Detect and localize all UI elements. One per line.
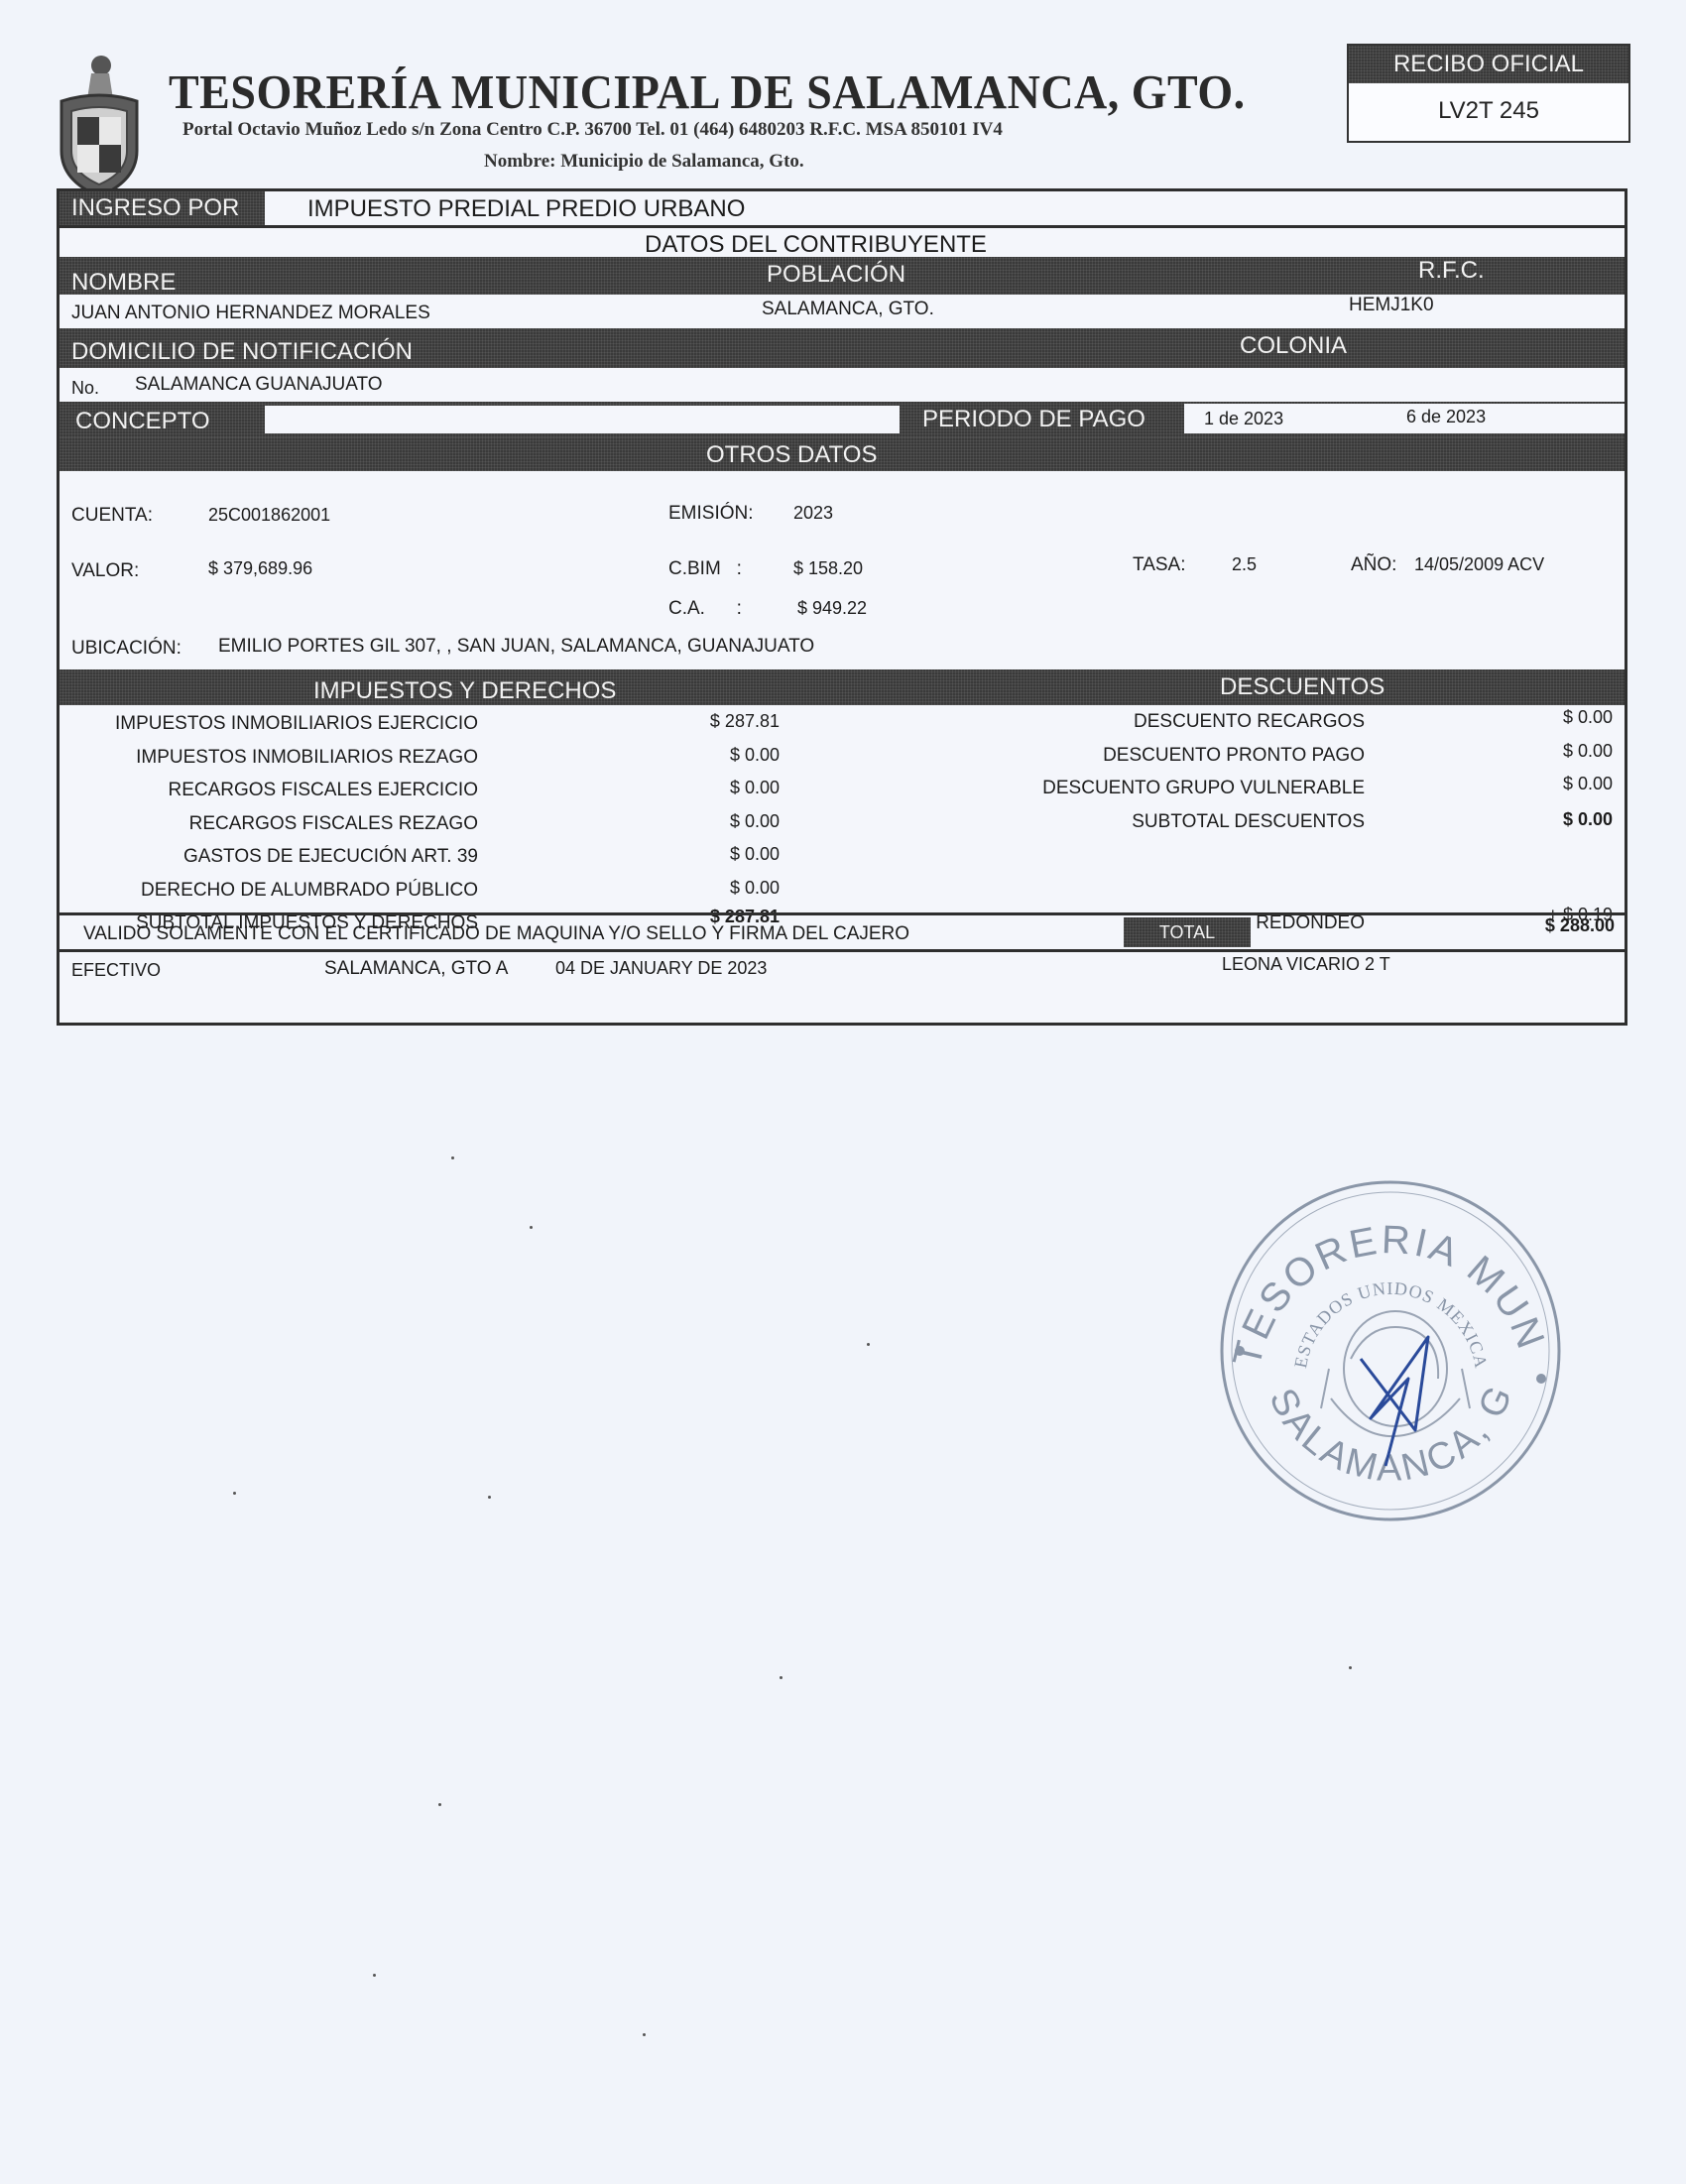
impuesto-label: DERECHO DE ALUMBRADO PÚBLICO: [141, 880, 478, 902]
impuesto-amount: $ 0.00: [730, 844, 780, 865]
stamp-dot-right: [1536, 1374, 1546, 1384]
descuentos-subtotal-label: SUBTOTAL DESCUENTOS: [1132, 811, 1365, 833]
descuento-amount: $ 0.00: [1563, 707, 1613, 728]
ca-value: $ 949.22: [797, 598, 867, 619]
issuer-address: Portal Octavio Muñoz Ledo s/n Zona Centr…: [182, 119, 1003, 141]
impuesto-amount: $ 0.00: [730, 811, 780, 832]
poblacion-label: POBLACIÓN: [767, 261, 905, 289]
concepto-value: [265, 406, 900, 433]
domicilio-values: No. SALAMANCA GUANAJUATO: [60, 368, 1625, 402]
contribuyente-nombre: JUAN ANTONIO HERNANDEZ MORALES: [71, 303, 430, 324]
domicilio-header: DOMICILIO DE NOTIFICACIÓN COLONIA: [60, 328, 1625, 368]
cuenta-label: CUENTA:: [71, 505, 153, 527]
descuento-label: DESCUENTO GRUPO VULNERABLE: [1042, 778, 1365, 799]
impuesto-amount: $ 287.81: [710, 711, 780, 732]
official-stamp: TESORERIA MUNICIPAL SALAMANCA, GTO. ESTA…: [1212, 1170, 1569, 1527]
forma-pago: EFECTIVO: [71, 960, 161, 981]
ca-label-text: C.A.: [668, 598, 705, 619]
tasa-label: TASA:: [1133, 554, 1186, 576]
validez-row: VALIDO SOLAMENTE CON EL CERTIFICADO DE M…: [60, 915, 1625, 949]
issuer-name: Nombre: Municipio de Salamanca, Gto.: [484, 151, 804, 173]
receipt-number-box: RECIBO OFICIAL LV2T 245: [1347, 44, 1630, 143]
tasa-value: 2.5: [1232, 554, 1257, 575]
contribuyente-header: NOMBRE POBLACIÓN R.F.C.: [60, 257, 1625, 295]
contribuyente-title: DATOS DEL CONTRIBUYENTE: [645, 231, 987, 259]
domicilio-value: SALAMANCA GUANAJUATO: [135, 374, 383, 396]
impuestos-list: IMPUESTOS INMOBILIARIOS EJERCICIO$ 287.8…: [60, 705, 1625, 911]
descuento-amount: $ 0.00: [1563, 741, 1613, 762]
otros-datos-title: OTROS DATOS: [706, 441, 877, 469]
descuento-amount: $ 0.00: [1563, 774, 1613, 794]
valor-label: VALOR:: [71, 560, 139, 582]
descuento-label: DESCUENTO PRONTO PAGO: [1103, 745, 1365, 767]
impuesto-label: RECARGOS FISCALES REZAGO: [189, 813, 478, 835]
ubicacion-label: UBICACIÓN:: [71, 638, 181, 660]
periodo-fin: 6 de 2023: [1406, 407, 1486, 427]
cuenta-value: 25C001862001: [208, 505, 330, 526]
pago-row: EFECTIVO SALAMANCA, GTO A 04 DE JANUARY …: [60, 952, 1625, 986]
descuentos-title: DESCUENTOS: [1220, 673, 1385, 701]
impuesto-amount: $ 0.00: [730, 778, 780, 798]
descuentos-subtotal: $ 0.00: [1563, 809, 1613, 830]
total-value: $ 288.00: [1545, 915, 1615, 936]
impuesto-label: GASTOS DE EJECUCIÓN ART. 39: [183, 846, 478, 868]
ca-label: C.A. :: [668, 598, 742, 620]
receipt-form: INGRESO POR IMPUESTO PREDIAL PREDIO URBA…: [57, 188, 1627, 1026]
otros-datos-body: CUENTA: 25C001862001 EMISIÓN: 2023 VALOR…: [60, 471, 1625, 660]
cbim-label: C.BIM :: [668, 558, 742, 580]
anio-value: 14/05/2009 ACV: [1414, 554, 1544, 575]
impuestos-title: IMPUESTOS Y DERECHOS: [313, 677, 616, 705]
otros-datos-header: OTROS DATOS: [60, 437, 1625, 471]
periodo-inicio: 1 de 2023: [1204, 409, 1283, 429]
concepto-row: CONCEPTO PERIODO DE PAGO 1 de 2023 6 de …: [60, 402, 1625, 437]
ingreso-value: IMPUESTO PREDIAL PREDIO URBANO: [307, 195, 745, 223]
colonia-label: COLONIA: [1240, 332, 1347, 360]
emision-label: EMISIÓN:: [668, 503, 754, 525]
coat-of-arms-icon: [52, 52, 147, 198]
impuesto-label: IMPUESTOS INMOBILIARIOS EJERCICIO: [115, 713, 478, 735]
svg-text:TESORERIA MUNICIPAL: TESORERIA MUNICIPAL: [1212, 1170, 1553, 1371]
periodo-label: PERIODO DE PAGO: [922, 406, 1145, 433]
concepto-label: CONCEPTO: [75, 408, 210, 435]
cbim-label-text: C.BIM: [668, 558, 721, 579]
descuento-label: DESCUENTO RECARGOS: [1134, 711, 1365, 733]
emision-value: 2023: [793, 503, 833, 524]
contribuyente-rfc: HEMJ1K0: [1349, 295, 1434, 316]
nombre-label: NOMBRE: [71, 269, 176, 297]
impuesto-label: RECARGOS FISCALES EJERCICIO: [168, 780, 478, 801]
impuesto-amount: $ 0.00: [730, 745, 780, 766]
ubicacion-value: EMILIO PORTES GIL 307, , SAN JUAN, SALAM…: [218, 636, 814, 658]
lugar: SALAMANCA, GTO A: [324, 958, 508, 980]
total-label: TOTAL: [1124, 917, 1251, 947]
impuesto-amount: $ 0.00: [730, 878, 780, 899]
contribuyente-values: JUAN ANTONIO HERNANDEZ MORALES SALAMANCA…: [60, 295, 1625, 328]
impuestos-descuentos-header: IMPUESTOS Y DERECHOS DESCUENTOS: [60, 669, 1625, 705]
rfc-label: R.F.C.: [1418, 257, 1485, 285]
anio-label: AÑO:: [1351, 554, 1396, 576]
validez-note: VALIDO SOLAMENTE CON EL CERTIFICADO DE M…: [83, 923, 909, 945]
impuesto-label: IMPUESTOS INMOBILIARIOS REZAGO: [136, 747, 478, 769]
ingreso-label: INGRESO POR: [60, 191, 265, 225]
ingreso-row: INGRESO POR IMPUESTO PREDIAL PREDIO URBA…: [60, 191, 1625, 225]
periodo-box: 1 de 2023 6 de 2023: [1184, 404, 1625, 433]
cbim-value: $ 158.20: [793, 558, 863, 579]
receipt-label: RECIBO OFICIAL: [1349, 46, 1628, 83]
issuer-title: TESORERÍA MUNICIPAL DE SALAMANCA, GTO.: [169, 64, 1246, 120]
no-label: No.: [71, 378, 99, 399]
fecha: 04 DE JANUARY DE 2023: [555, 958, 767, 979]
domicilio-label: DOMICILIO DE NOTIFICACIÓN: [71, 338, 413, 366]
caja: LEONA VICARIO 2 T: [1222, 954, 1390, 975]
valor-value: $ 379,689.96: [208, 558, 312, 579]
contribuyente-poblacion: SALAMANCA, GTO.: [762, 299, 934, 320]
receipt-number: LV2T 245: [1349, 83, 1628, 139]
